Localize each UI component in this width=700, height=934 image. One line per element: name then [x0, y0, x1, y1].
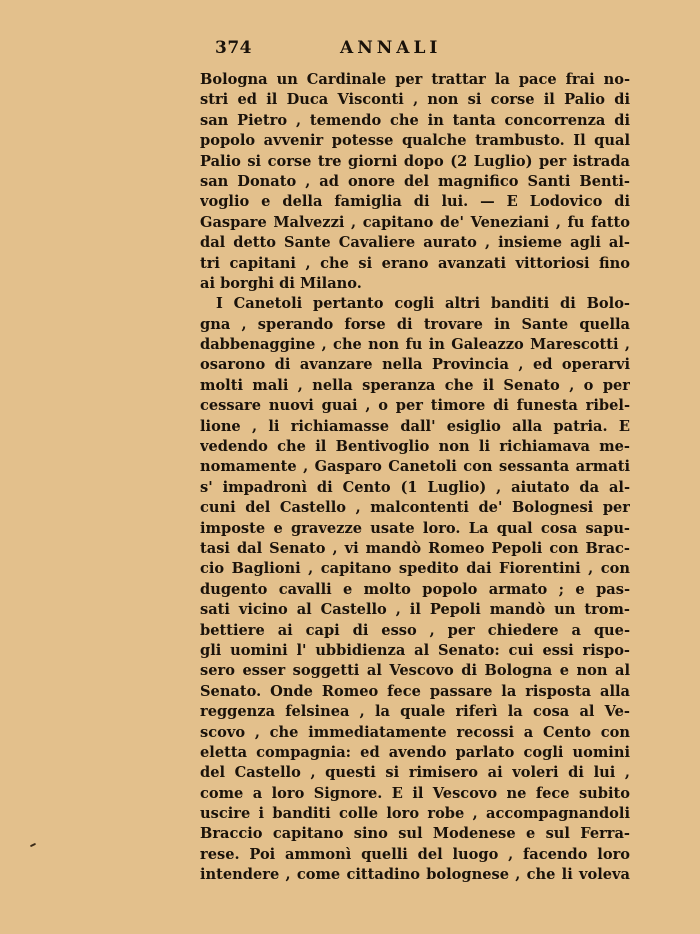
- text-line: vedendo che il Bentivoglio non li richia…: [200, 437, 630, 457]
- text-line: Palio si corse tre giorni dopo (2 Luglio…: [200, 152, 630, 172]
- text-line: sero esser soggetti al Vescovo di Bologn…: [200, 661, 630, 681]
- text-line: cio Baglioni , capitano spedito dai Fior…: [200, 559, 630, 579]
- paragraph-start-line: I Canetoli pertanto cogli altri banditi …: [200, 294, 630, 314]
- text-line: Bologna un Cardinale per trattar la pace…: [200, 70, 630, 90]
- text-line: cuni del Castello , malcontenti de' Bolo…: [200, 498, 630, 518]
- text-line: nomamente , Gasparo Canetoli con sessant…: [200, 457, 630, 477]
- book-page: 374 ANNALI Bologna un Cardinale per trat…: [0, 0, 700, 934]
- body-text: Bologna un Cardinale per trattar la pace…: [200, 70, 630, 886]
- text-line: come a loro Signore. E il Vescovo ne fec…: [200, 784, 630, 804]
- text-line: scovo , che immediatamente recossi a Cen…: [200, 723, 630, 743]
- paragraph-end-line: ai borghi di Milano.: [200, 274, 630, 294]
- text-line: stri ed il Duca Visconti , non si corse …: [200, 90, 630, 110]
- text-line: gli uomini l' ubbidienza al Senato: cui …: [200, 641, 630, 661]
- text-line: popolo avvenir potesse qualche trambusto…: [200, 131, 630, 151]
- text-line: del Castello , questi si rimisero ai vol…: [200, 763, 630, 783]
- paper-speck: [30, 843, 36, 847]
- text-line: eletta compagnia: ed avendo parlato cogl…: [200, 743, 630, 763]
- text-line: dal detto Sante Cavaliere aurato , insie…: [200, 233, 630, 253]
- text-line: osarono di avanzare nella Provincia , ed…: [200, 355, 630, 375]
- text-line: sati vicino al Castello , il Pepoli mand…: [200, 600, 630, 620]
- text-line: voglio e della famiglia di lui. — E Lodo…: [200, 192, 630, 212]
- text-line: cessare nuovi guai , o per timore di fun…: [200, 396, 630, 416]
- text-line: san Pietro , temendo che in tanta concor…: [200, 111, 630, 131]
- text-line: lione , li richiamasse dall' esiglio all…: [200, 417, 630, 437]
- text-line: dugento cavalli e molto popolo armato ; …: [200, 580, 630, 600]
- text-line: tri capitani , che si erano avanzati vit…: [200, 254, 630, 274]
- text-line: Gaspare Malvezzi , capitano de' Venezian…: [200, 213, 630, 233]
- text-line: dabbenaggine , che non fu in Galeazzo Ma…: [200, 335, 630, 355]
- text-line: gna , sperando forse di trovare in Sante…: [200, 315, 630, 335]
- text-line: Braccio capitano sino sul Modenese e sul…: [200, 824, 630, 844]
- text-line: san Donato , ad onore del magnifico Sant…: [200, 172, 630, 192]
- text-line: molti mali , nella speranza che il Senat…: [200, 376, 630, 396]
- page-number: 374: [215, 38, 252, 58]
- text-line: imposte e gravezze usate loro. La qual c…: [200, 519, 630, 539]
- text-line: tasi dal Senato , vi mandò Romeo Pepoli …: [200, 539, 630, 559]
- text-line: uscire i banditi colle loro robe , accom…: [200, 804, 630, 824]
- text-line: s' impadronì di Cento (1 Luglio) , aiuta…: [200, 478, 630, 498]
- text-line: rese. Poi ammonì quelli del luogo , face…: [200, 845, 630, 865]
- text-line: intendere , come cittadino bolognese , c…: [200, 865, 630, 885]
- running-head: ANNALI: [340, 38, 441, 58]
- text-line: Senato. Onde Romeo fece passare la rispo…: [200, 682, 630, 702]
- page-header: 374 ANNALI: [215, 38, 635, 60]
- text-line: bettiere ai capi di esso , per chiedere …: [200, 621, 630, 641]
- text-line: reggenza felsinea , la quale riferì la c…: [200, 702, 630, 722]
